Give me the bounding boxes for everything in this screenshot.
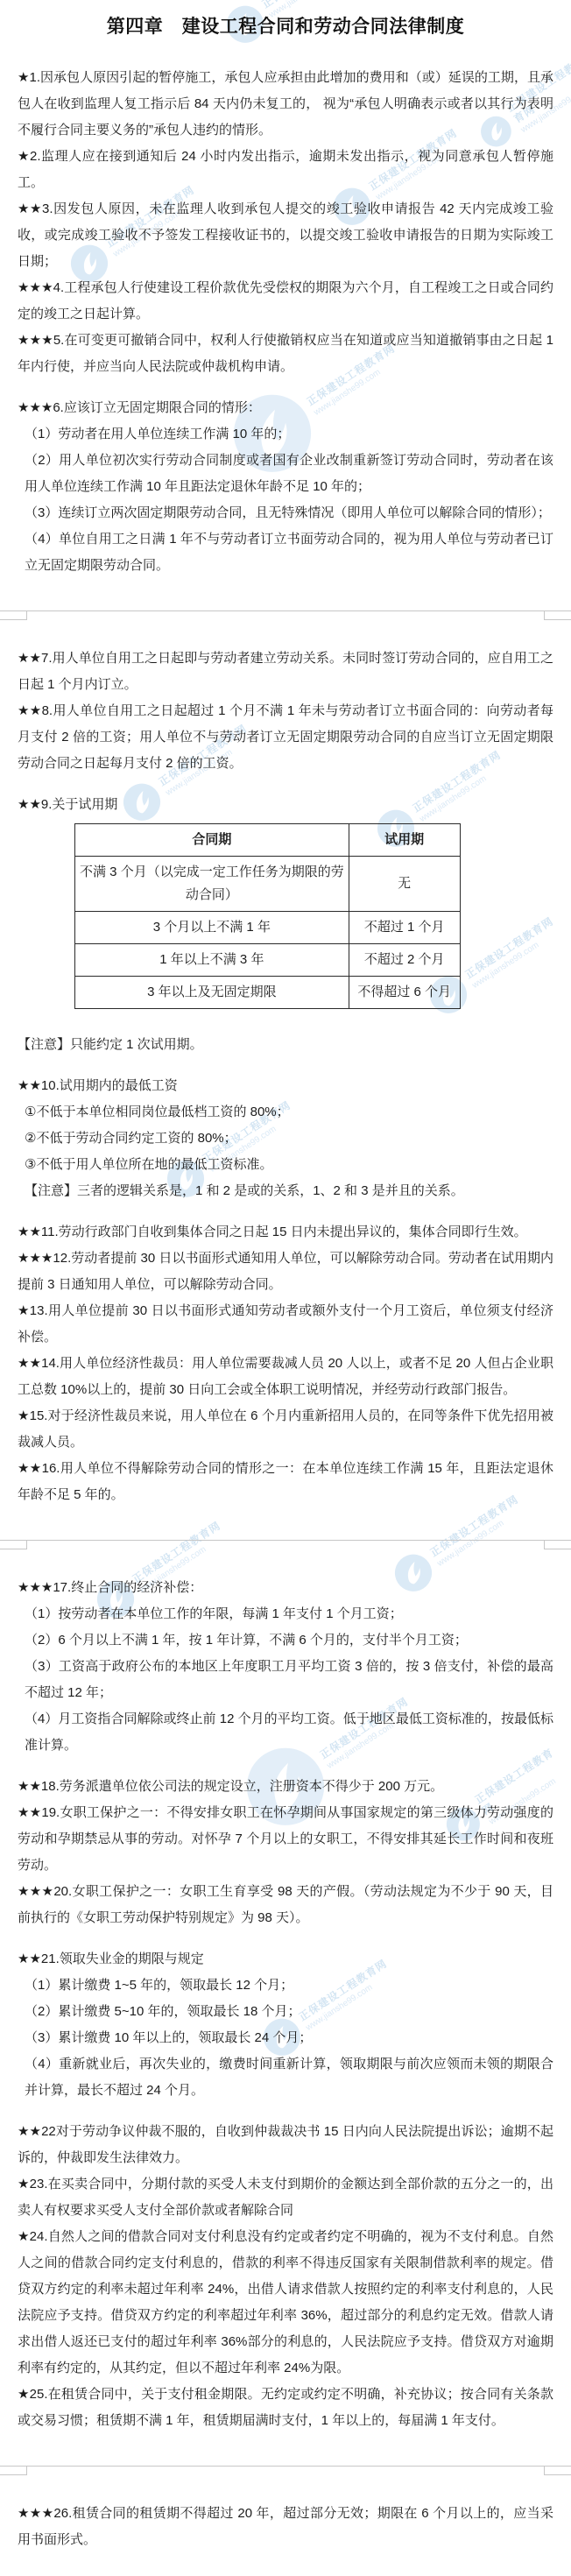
table-header-contract-period: 合同期 — [75, 824, 349, 857]
page-break-line — [0, 2466, 571, 2467]
item-21-head: ★★21.领取失业金的期限与规定 — [18, 1946, 553, 1973]
table-row: 3 个月以上不满 1 年 不超过 1 个月 — [75, 912, 461, 944]
item-6-sub-2: （2）用人单位初次实行劳动合同制度或者国有企业改制重新签订劳动合同时，劳动者在该… — [18, 448, 553, 500]
page-break-corner-left — [0, 2466, 27, 2475]
item-17-sub-4: （4）月工资指合同解除或终止前 12 个月的平均工资。低于地区最低工资标准的，按… — [18, 1706, 553, 1759]
item-21-sub-2: （2）累计缴费 5~10 年的，领取最长 18 个月； — [18, 1999, 553, 2025]
item-18: ★★18.劳务派遣单位依公司法的规定设立，注册资本不得少于 200 万元。 — [18, 1774, 553, 1800]
table-row: 1 年以上不满 3 年 不超过 2 个月 — [75, 944, 461, 977]
chapter-title: 第四章 建设工程合同和劳动合同法律制度 — [18, 12, 553, 39]
item-25: ★25.在租赁合同中，关于支付租金期限。无约定或约定不明确，补充协议；按合同有关… — [18, 2382, 553, 2434]
probation-table: 合同期 试用期 不满 3 个月（以完成一定工作任务为期限的劳动合同） 无 3 个… — [74, 823, 461, 1009]
page-break-line — [0, 610, 571, 611]
item-9-note: 【注意】只能约定 1 次试用期。 — [18, 1032, 553, 1058]
table-row: 3 年以上及无固定期限 不得超过 6 个月 — [75, 977, 461, 1009]
item-10-sub-2: ②不低于劳动合同约定工资的 80%； — [18, 1126, 553, 1152]
item-10: ★★10.试用期内的最低工资 ①不低于本单位相同岗位最低档工资的 80%； ②不… — [18, 1073, 553, 1204]
item-20: ★★★20.女职工保护之一：女职工生育享受 98 天的产假。（劳动法规定为不少于… — [18, 1879, 553, 1931]
table-header-row: 合同期 试用期 — [75, 824, 461, 857]
item-22: ★★22对于劳动争议仲裁不服的，自收到仲裁裁决书 15 日内向人民法院提出诉讼；… — [18, 2119, 553, 2171]
item-6-sub-1: （1）劳动者在用人单位连续工作满 10 年的； — [18, 421, 553, 448]
item-6-head: ★★★6.应该订立无固定期限合同的情形： — [18, 395, 553, 421]
page-break-corner-right — [544, 2466, 571, 2475]
item-21: ★★21.领取失业金的期限与规定 （1）累计缴费 1~5 年的，领取最长 12 … — [18, 1946, 553, 2104]
document-page: 正保建设工程教育网www.jianshe99.com 正保建设工程教育网www.… — [0, 0, 571, 2576]
page-break-marker — [0, 2455, 571, 2480]
table-cell: 3 年以上及无固定期限 — [75, 977, 349, 1009]
item-10-sub-3: ③不低于用人单位所在地的最低工资标准。 — [18, 1152, 553, 1178]
item-5: ★★★5.在可变更可撤销合同中，权利人行使撤销权应当在知道或应当知道撤销事由之日… — [18, 328, 553, 380]
item-6: ★★★6.应该订立无固定期限合同的情形： （1）劳动者在用人单位连续工作满 10… — [18, 395, 553, 579]
table-cell: 3 个月以上不满 1 年 — [75, 912, 349, 944]
probation-table-wrap: 合同期 试用期 不满 3 个月（以完成一定工作任务为期限的劳动合同） 无 3 个… — [18, 823, 553, 1009]
table-cell: 不得超过 6 个月 — [349, 977, 460, 1009]
item-24: ★24.自然人之间的借款合同对支付利息没有约定或者约定不明确的，视为不支付利息。… — [18, 2224, 553, 2382]
item-21-sub-1: （1）累计缴费 1~5 年的，领取最长 12 个月； — [18, 1973, 553, 1999]
item-17-sub-2: （2）6 个月以上不满 1 年，按 1 年计算，不满 6 个月的，支付半个月工资… — [18, 1627, 553, 1654]
table-header-probation-period: 试用期 — [349, 824, 460, 857]
item-17-sub-3: （3）工资高于政府公布的本地区上年度职工月平均工资 3 倍的，按 3 倍支付，补… — [18, 1654, 553, 1706]
item-21-sub-3: （3）累计缴费 10 年以上的，领取最长 24 个月； — [18, 2025, 553, 2051]
item-1: ★1.因承包人原因引起的暂停施工，承包人应承担由此增加的费用和（或）延误的工期，… — [18, 65, 553, 144]
page-break-corner-left — [0, 610, 27, 620]
item-10-note: 【注意】三者的逻辑关系是，1 和 2 是或的关系，1、2 和 3 是并且的关系。 — [18, 1178, 553, 1204]
item-13: ★13.用人单位提前 30 日以书面形式通知劳动者或额外支付一个月工资后，单位须… — [18, 1298, 553, 1351]
page-break-corner-right — [544, 610, 571, 620]
item-19: ★★19.女职工保护之一：不得安排女职工在怀孕期间从事国家规定的第三级体力劳动强… — [18, 1800, 553, 1879]
table-cell: 无 — [349, 857, 460, 912]
table-row: 不满 3 个月（以完成一定工作任务为期限的劳动合同） 无 — [75, 857, 461, 912]
item-10-head: ★★10.试用期内的最低工资 — [18, 1073, 553, 1099]
item-6-sub-3: （3）连续订立两次固定期限劳动合同，且无特殊情况（即用人单位可以解除合同的情形）… — [18, 500, 553, 526]
item-17-sub-1: （1）按劳动者在本单位工作的年限，每满 1 年支付 1 个月工资； — [18, 1601, 553, 1627]
item-10-sub-1: ①不低于本单位相同岗位最低档工资的 80%； — [18, 1099, 553, 1126]
document-content: 第四章 建设工程合同和劳动合同法律制度 ★1.因承包人原因引起的暂停施工，承包人… — [0, 0, 571, 2576]
item-8: ★★8.用人单位自用工之日起超过 1 个月不满 1 年未与劳动者订立书面合同的：… — [18, 698, 553, 777]
item-3: ★★3.因发包人原因，未在监理人收到承包人提交的竣工验收申请报告 42 天内完成… — [18, 196, 553, 275]
page-break-marker — [0, 600, 571, 625]
item-15: ★15.对于经济性裁员来说，用人单位在 6 个月内重新招用人员的，在同等条件下优… — [18, 1403, 553, 1456]
item-17: ★★★17.终止合同的经济补偿： （1）按劳动者在本单位工作的年限，每满 1 年… — [18, 1575, 553, 1759]
item-4: ★★★4.工程承包人行使建设工程价款优先受偿权的期限为六个月，自工程竣工之日或合… — [18, 275, 553, 328]
page-break-marker — [0, 1529, 571, 1554]
item-26: ★★★26.租赁合同的租赁期不得超过 20 年，超过部分无效；期限在 6 个月以… — [18, 2501, 553, 2553]
item-6-sub-4: （4）单位自用工之日满 1 年不与劳动者订立书面劳动合同的，视为用人单位与劳动者… — [18, 526, 553, 579]
item-12: ★★★12.劳动者提前 30 日以书面形式通知用人单位，可以解除劳动合同。劳动者… — [18, 1246, 553, 1298]
item-14: ★★14.用人单位经济性裁员：用人单位需要裁减人员 20 人以上，或者不足 20… — [18, 1351, 553, 1403]
item-17-head: ★★★17.终止合同的经济补偿： — [18, 1575, 553, 1601]
item-2: ★2.监理人应在接到通知后 24 小时内发出指示，逾期未发出指示，视为同意承包人… — [18, 144, 553, 196]
table-cell: 不满 3 个月（以完成一定工作任务为期限的劳动合同） — [75, 857, 349, 912]
page-break-line — [0, 1540, 571, 1541]
item-9-head: ★★9.关于试用期 — [18, 792, 553, 818]
item-9: ★★9.关于试用期 合同期 试用期 不满 3 个月（以完成一定工作任务为期限的劳… — [18, 792, 553, 1058]
item-7: ★★7.用人单位自用工之日起即与劳动者建立劳动关系。未同时签订劳动合同的，应自用… — [18, 646, 553, 698]
page-break-corner-left — [0, 1540, 27, 1549]
table-cell: 1 年以上不满 3 年 — [75, 944, 349, 977]
table-cell: 不超过 1 个月 — [349, 912, 460, 944]
item-16: ★★16.用人单位不得解除劳动合同的情形之一：在本单位连续工作满 15 年，且距… — [18, 1456, 553, 1508]
item-23: ★23.在买卖合同中，分期付款的买受人未支付到期价的金额达到全部价款的五分之一的… — [18, 2171, 553, 2224]
item-21-sub-4: （4）重新就业后，再次失业的，缴费时间重新计算，领取期限与前次应领而未领的期限合… — [18, 2051, 553, 2104]
table-cell: 不超过 2 个月 — [349, 944, 460, 977]
page-break-corner-right — [544, 1540, 571, 1549]
item-11: ★★11.劳动行政部门自收到集体合同之日起 15 日内未提出异议的，集体合同即行… — [18, 1219, 553, 1246]
